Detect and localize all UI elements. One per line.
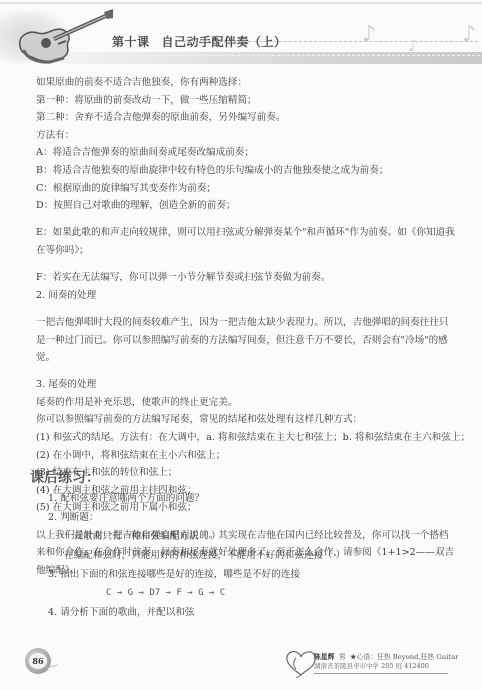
- author-motto: ★心语：狂热 Beyond,狂热 Guitar: [350, 653, 459, 661]
- method-f: F：若实在无法编写，你可以弹一小节分解节奏或扫弦节奏做为前奏。: [36, 269, 458, 287]
- exercise-4: 4. 请分析下面的歌曲，并配以和弦: [48, 603, 345, 622]
- method-b: B：将适合吉他独奏的原曲旋律中较有特色的乐句编成小的吉他独奏使之成为前奏；: [36, 162, 458, 180]
- author-address: 湖南省茶陵县枣市中学 205 班 412400: [314, 661, 429, 670]
- exercises-list: 1. 配和弦要注意哪两个方面的问题？ 2. 判断题： 一首歌曲只有一种和弦编配方…: [48, 489, 345, 622]
- author-line: 陈星辉 男 ★心语：狂热 Beyond,狂热 Guitar: [314, 651, 458, 661]
- music-note-icon: ♪: [462, 22, 476, 47]
- exercise-2a: 一首歌曲只有一种和弦编配方法（ ）: [48, 527, 345, 546]
- page-header: 第十课自己动手配伴奏（上） ♪ ♪ ♪: [0, 0, 482, 68]
- guitar-icon: [14, 8, 114, 66]
- methods-label: 方法有：: [36, 127, 458, 145]
- header-dashed-line-lower: [92, 55, 480, 56]
- page-number-badge: 86: [25, 648, 51, 674]
- lesson-name: 自己动手配伴奏（上）: [162, 35, 287, 49]
- section-3-title: 3. 尾奏的处理: [36, 376, 458, 394]
- section-2-title: 2. 间奏的处理: [36, 287, 458, 305]
- section-3-text-1: 尾奏的作用是补充乐思，使歌声的终止更完美。: [36, 394, 458, 412]
- author-footer: 陈星辉 男 ★心语：狂热 Beyond,狂热 Guitar 湖南省茶陵县枣市中学…: [284, 648, 448, 678]
- music-note-icon: ♪: [362, 22, 376, 47]
- author-gender: 男: [339, 653, 346, 661]
- lesson-number: 第十课: [112, 35, 150, 49]
- exercise-1: 1. 配和弦要注意哪两个方面的问题？: [48, 489, 345, 508]
- option-2: 第二种：舍弃不适合吉他弹奏的原曲前奏，另外编写前奏。: [36, 109, 458, 127]
- exercise-2b: 在编配和弦时，只能用好的和弦连接，不能用不好的和弦连接（ ）: [48, 546, 345, 565]
- method-c: C：根据原曲的旋律编写其变奏作为前奏；: [36, 180, 458, 198]
- music-note-icon: ♪: [408, 36, 418, 55]
- exercise-2: 2. 判断题：: [48, 508, 345, 527]
- page-number: 86: [29, 653, 47, 669]
- option-1: 第一种：将原曲的前奏改动一下，做一些压缩精简；: [36, 92, 458, 110]
- author-name: 陈星辉: [314, 653, 334, 661]
- header-band: [60, 52, 482, 64]
- exercises-heading: 课后练习：: [30, 467, 100, 487]
- ending-1: (1) 和弦式的结尾。方法有：在大调中，a. 将和弦结束在主大七和弦上；b. 将…: [36, 429, 458, 447]
- header-dashed-line: [178, 41, 478, 42]
- method-e: E：如果此歌的和声走向较规律，则可以用扫弦或分解弹奏某个"和声循环"作为前奏。如…: [16, 224, 458, 259]
- header-top-rule: [0, 2, 482, 4]
- method-d: D：按照自己对歌曲的理解，创造全新的前奏；: [36, 197, 458, 215]
- intro-paragraph: 如果原曲的前奏不适合吉他独奏，你有两种选择：: [36, 74, 458, 92]
- section-2-text: 一把吉他弹唱时大段的间奏较难产生，因为一把吉他太缺少表现力。所以，吉他弹唱的间奏…: [16, 314, 458, 367]
- footer-rule: [314, 673, 448, 674]
- section-3-text-2: 你可以参照编写前奏的方法编写尾奏，常见的结尾和弦处理有这样几种方式：: [36, 411, 458, 429]
- ending-2: (2) 在小调中，将和弦结束在主小六和弦上；: [36, 447, 458, 465]
- exercise-3: 3. 指出下面的和弦连接哪些是好的连接，哪些是不好的连接: [48, 565, 345, 584]
- heart-icon: [284, 648, 318, 678]
- chord-progression: C → G → D7 → F → G → C: [48, 584, 345, 603]
- method-a: A：将适合吉他弹奏的原曲间奏或尾奏改编成前奏；: [36, 144, 458, 162]
